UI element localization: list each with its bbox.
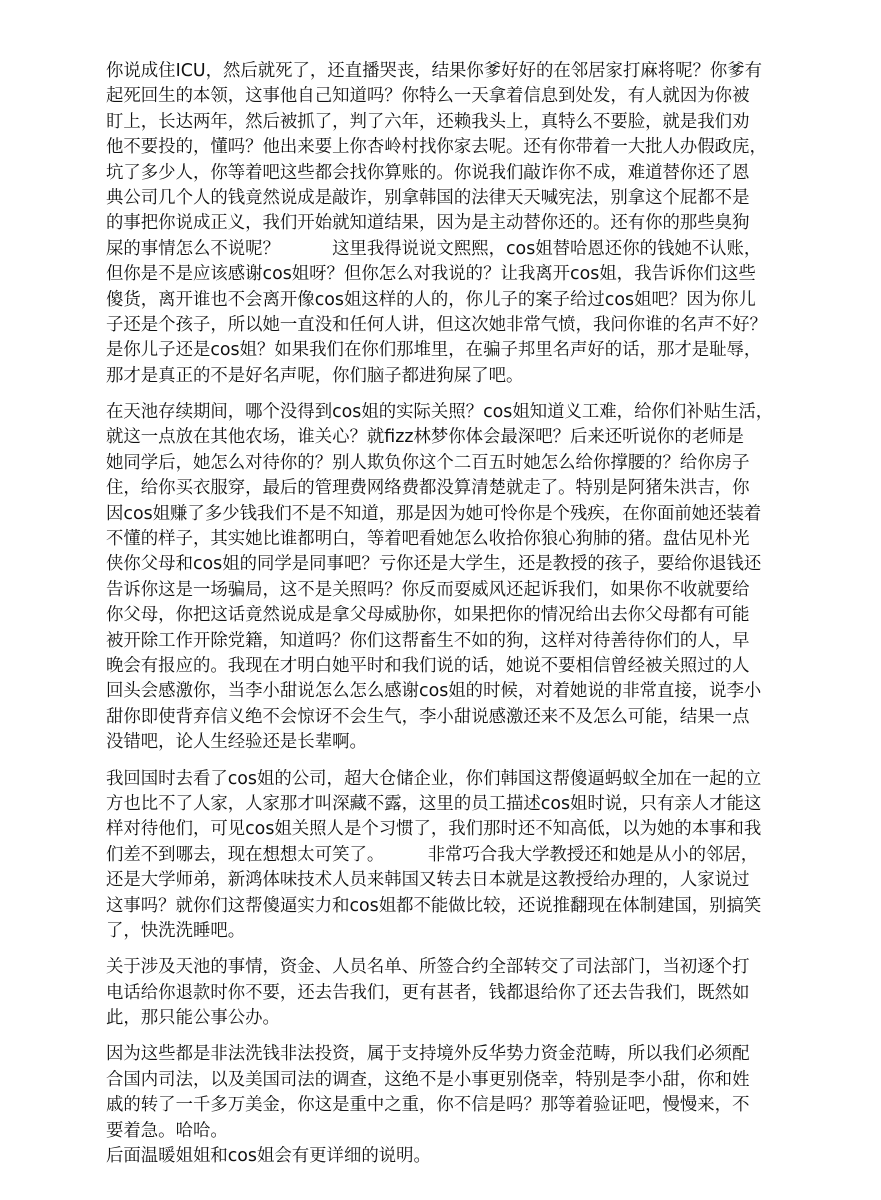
text-line: 屎的事情怎么不说呢？ 这里我得说说文熙熙，cos姐替哈恩还你的钱她不认账，: [106, 237, 790, 262]
text-line: 戚的转了一千多万美金，你这是重中之重，你不信是吗？那等着验证吧，慢慢来，不: [106, 1093, 790, 1118]
text-line: 因cos姐赚了多少钱我们不是不知道，那是因为她可怜你是个残疾，在你面前她还装着: [106, 502, 790, 527]
text-line: 要着急。哈哈。: [106, 1119, 790, 1144]
text-line: 合国内司法，以及美国司法的调查，这绝不是小事更别侥幸，特别是李小甜，你和姓: [106, 1068, 790, 1093]
text-line: 方也比不了人家，人家那才叫深藏不露，这里的员工描述cos姐时说，只有亲人才能这: [106, 792, 790, 817]
text-line: 在天池存续期间，哪个没得到cos姐的实际关照？cos姐知道义工难，给你们补贴生活…: [106, 400, 790, 425]
text-line: 就这一点放在其他农场，谁关心？就fizz林梦你体会最深吧？后来还听说你的老师是: [106, 425, 790, 450]
text-line: 此，那只能公事公办。: [106, 1006, 790, 1031]
text-line: 这事吗？就你们这帮傻逼实力和cos姐都不能做比较，还说推翻现在体制建国，别搞笑: [106, 894, 790, 919]
text-line: 他不要投的，懂吗？他出来要上你杏岭村找你家去呢。还有你带着一大批人办假政庑，: [106, 135, 790, 160]
text-line: 晚会有报应的。我现在才明白她平时和我们说的话，她说不要相信曾经被关照过的人: [106, 654, 790, 679]
text-line: 不懂的样子，其实她比谁都明白，等着吧看她怎么收拾你狼心狗肺的猪。盘估见朴光: [106, 527, 790, 552]
paragraph-5: 因为这些都是非法洗钱非法投资，属于支持境外反华势力资金范畴，所以我们必须配 合国…: [106, 1042, 790, 1169]
text-line: 甜你即使背弃信义绝不会惊讶不会生气，李小甜说感激还来不及怎么可能，结果一点: [106, 705, 790, 730]
text-line: 被开除工作开除党籍，知道吗？你们这帮畜生不如的狗，这样对待善待你们的人，早: [106, 629, 790, 654]
text-line: 坑了多少人，你等着吧这些都会找你算账的。你说我们敲诈你不成，难道替你还了恩: [106, 161, 790, 186]
text-line: 了，快洗洗睡吧。: [106, 919, 790, 944]
text-line: 盯上，长达两年，然后被抓了，判了六年，还赖我头上，真特么不要脸，就是我们劝: [106, 110, 790, 135]
text-line: 后面温暖姐姐和cos姐会有更详细的说明。: [106, 1144, 790, 1169]
paragraph-4: 关于涉及天池的事情，资金、人员名单、所签合约全部转交了司法部门，当初逐个打 电话…: [106, 955, 790, 1031]
document-body: 你说成住ICU，然后就死了，还直播哭丧，结果你爹好好的在邻居家打麻将呢？你爹有 …: [106, 59, 790, 1169]
text-line: 你父母，你把这话竟然说成是拿父母威胁你，如果把你的情况给出去你父母都有可能: [106, 603, 790, 628]
text-line: 侠你父母和cos姐的同学是同事吧？亏你还是大学生，还是教授的孩子，要给你退钱还: [106, 552, 790, 577]
text-line: 没错吧，论人生经验还是长辈啊。: [106, 730, 790, 755]
text-line: 住，给你买衣服穿，最后的管理费网络费都没算清楚就走了。特别是阿猪朱洪吉，你: [106, 476, 790, 501]
text-line: 傻货，离开谁也不会离开像cos姐这样的人的，你儿子的案子给过cos姐吧？因为你儿: [106, 288, 790, 313]
text-line: 她同学后，她怎么对待你的？别人欺负你这个二百五时她怎么给你撑腰的？给你房子: [106, 451, 790, 476]
text-line: 因为这些都是非法洗钱非法投资，属于支持境外反华势力资金范畴，所以我们必须配: [106, 1042, 790, 1067]
text-line: 电话给你退款时你不要，还去告我们，更有甚者，钱都退给你了还去告我们，既然如: [106, 981, 790, 1006]
text-line: 子还是个孩子，所以她一直没和任何人讲，但这次她非常气愤，我问你谁的名声不好？: [106, 313, 790, 338]
text-line: 样对待他们，可见cos姐关照人是个习惯了，我们那时还不知高低，以为她的本事和我: [106, 817, 790, 842]
text-line: 是你儿子还是cos姐？如果我们在你们那堆里，在骗子邦里名声好的话，那才是耻辱，: [106, 338, 790, 363]
text-line: 那才是真正的不是好名声呢，你们脑子都进狗屎了吧。: [106, 364, 790, 389]
text-line: 们差不到哪去，现在想想太可笑了。 非常巧合我大学教授还和她是从小的邻居，: [106, 843, 790, 868]
text-line: 告诉你这是一场骗局，这不是关照吗？你反而耍威风还起诉我们，如果你不收就要给: [106, 578, 790, 603]
text-line: 起死回生的本领，这事他自己知道吗？你特么一天拿着信息到处发，有人就因为你被: [106, 84, 790, 109]
text-line: 但你是不是应该感谢cos姐呀？但你怎么对我说的？让我离开cos姐，我告诉你们这些: [106, 262, 790, 287]
paragraph-1: 你说成住ICU，然后就死了，还直播哭丧，结果你爹好好的在邻居家打麻将呢？你爹有 …: [106, 59, 790, 389]
text-line: 还是大学师弟，新鸿体味技术人员来韩国又转去日本就是这教授给办理的，人家说过: [106, 868, 790, 893]
paragraph-2: 在天池存续期间，哪个没得到cos姐的实际关照？cos姐知道义工难，给你们补贴生活…: [106, 400, 790, 755]
text-line: 回头会感激你，当李小甜说怎么怎么感谢cos姐的时候，对着她说的非常直接，说李小: [106, 679, 790, 704]
paragraph-3: 我回国时去看了cos姐的公司，超大仓储企业，你们韩国这帮傻逼蚂蚁全加在一起的立 …: [106, 767, 790, 945]
text-line: 关于涉及天池的事情，资金、人员名单、所签合约全部转交了司法部门，当初逐个打: [106, 955, 790, 980]
text-line: 典公司几个人的钱竟然说成是敲诈，别拿韩国的法律天天喊宪法，别拿这个屁都不是: [106, 186, 790, 211]
text-line: 的事把你说成正义，我们开始就知道结果，因为是主动替你还的。还有你的那些臭狗: [106, 211, 790, 236]
text-line: 我回国时去看了cos姐的公司，超大仓储企业，你们韩国这帮傻逼蚂蚁全加在一起的立: [106, 767, 790, 792]
text-line: 你说成住ICU，然后就死了，还直播哭丧，结果你爹好好的在邻居家打麻将呢？你爹有: [106, 59, 790, 84]
